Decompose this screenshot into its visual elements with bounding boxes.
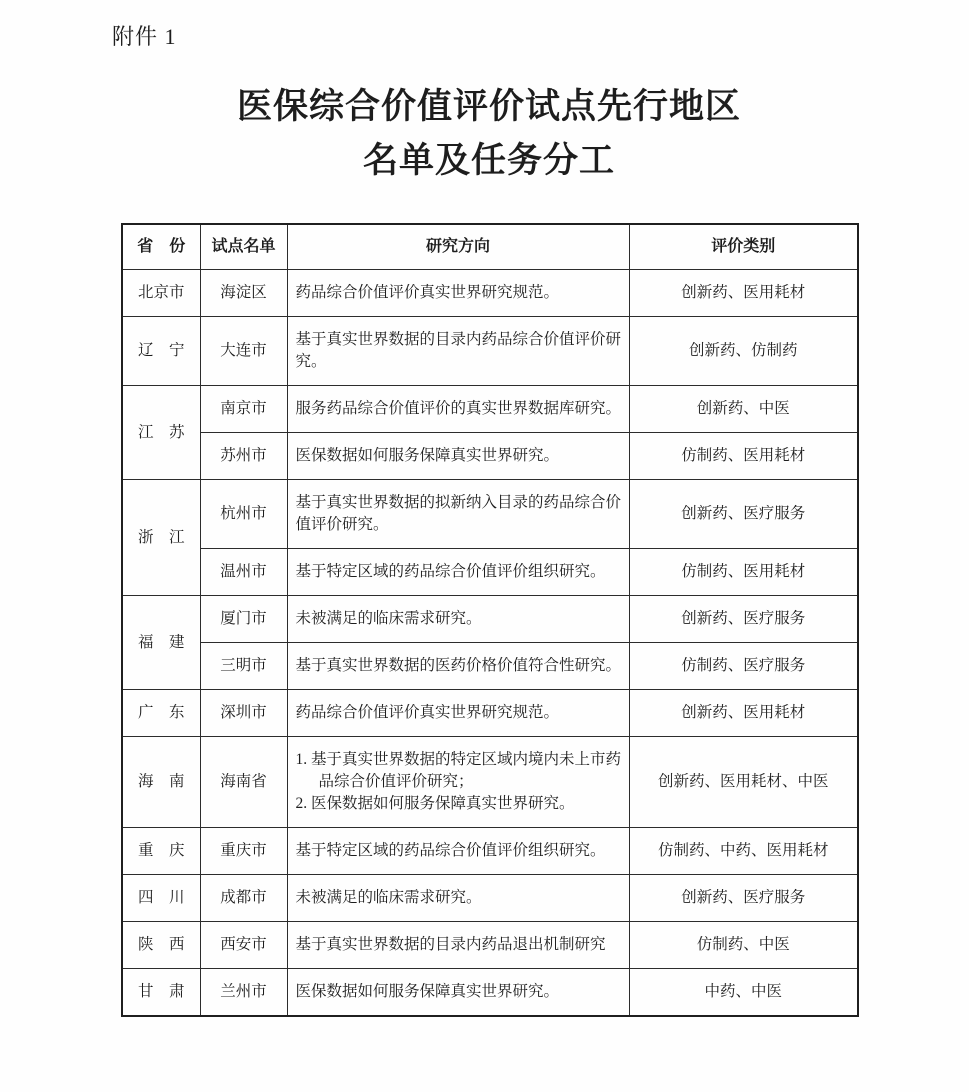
province-cell: 四 川 [122,875,200,922]
category-cell: 仿制药、医疗服务 [629,643,858,690]
table-row: 福 建厦门市未被满足的临床需求研究。创新药、医疗服务 [122,596,858,643]
category-cell: 创新药、医疗服务 [629,480,858,549]
research-cell: 基于真实世界数据的目录内药品综合价值评价研究。 [287,317,629,386]
category-cell: 创新药、医用耗材 [629,690,858,737]
province-cell: 江 苏 [122,386,200,480]
table-row: 辽 宁大连市基于真实世界数据的目录内药品综合价值评价研究。创新药、仿制药 [122,317,858,386]
pilot-cell: 杭州市 [200,480,287,549]
province-cell: 辽 宁 [122,317,200,386]
province-cell: 北京市 [122,270,200,317]
table-body: 北京市海淀区药品综合价值评价真实世界研究规范。创新药、医用耗材辽 宁大连市基于真… [122,270,858,1017]
pilot-cell: 兰州市 [200,969,287,1017]
research-line: 基于特定区域的药品综合价值评价组织研究。 [296,561,623,583]
research-line: 1. 基于真实世界数据的特定区域内境内未上市药品综合价值评价研究； [296,749,623,793]
category-cell: 创新药、医用耗材、中医 [629,737,858,828]
category-cell: 创新药、医用耗材 [629,270,858,317]
province-cell: 海 南 [122,737,200,828]
research-cell: 基于特定区域的药品综合价值评价组织研究。 [287,549,629,596]
column-header-3: 评价类别 [629,224,858,270]
research-cell: 未被满足的临床需求研究。 [287,875,629,922]
table-row: 苏州市医保数据如何服务保障真实世界研究。仿制药、医用耗材 [122,433,858,480]
pilot-cell: 海淀区 [200,270,287,317]
research-cell: 基于真实世界数据的目录内药品退出机制研究 [287,922,629,969]
table-row: 广 东深圳市药品综合价值评价真实世界研究规范。创新药、医用耗材 [122,690,858,737]
document-content: 医保综合价值评价试点先行地区 名单及任务分工 省 份试点名单研究方向评价类别 北… [121,80,857,1017]
table-header: 省 份试点名单研究方向评价类别 [122,224,858,270]
research-line: 药品综合价值评价真实世界研究规范。 [296,702,623,724]
table-row: 海 南海南省1. 基于真实世界数据的特定区域内境内未上市药品综合价值评价研究；2… [122,737,858,828]
category-cell: 仿制药、中医 [629,922,858,969]
research-line: 基于特定区域的药品综合价值评价组织研究。 [296,840,623,862]
category-cell: 创新药、仿制药 [629,317,858,386]
pilot-cell: 西安市 [200,922,287,969]
title-line-1: 医保综合价值评价试点先行地区 [121,80,857,134]
research-line: 服务药品综合价值评价的真实世界数据库研究。 [296,398,623,420]
category-cell: 仿制药、医用耗材 [629,433,858,480]
pilot-cell: 苏州市 [200,433,287,480]
pilot-cell: 成都市 [200,875,287,922]
research-line: 未被满足的临床需求研究。 [296,608,623,630]
table-header-row: 省 份试点名单研究方向评价类别 [122,224,858,270]
research-cell: 药品综合价值评价真实世界研究规范。 [287,690,629,737]
province-cell: 甘 肃 [122,969,200,1017]
document-page: 附件 1 医保综合价值评价试点先行地区 名单及任务分工 省 份试点名单研究方向评… [0,0,969,1092]
research-cell: 1. 基于真实世界数据的特定区域内境内未上市药品综合价值评价研究；2. 医保数据… [287,737,629,828]
category-cell: 中药、中医 [629,969,858,1017]
category-cell: 创新药、中医 [629,386,858,433]
category-cell: 创新药、医疗服务 [629,875,858,922]
research-line: 基于真实世界数据的目录内药品综合价值评价研究。 [296,329,623,373]
table-row: 浙 江杭州市基于真实世界数据的拟新纳入目录的药品综合价值评价研究。创新药、医疗服… [122,480,858,549]
province-cell: 浙 江 [122,480,200,596]
province-cell: 广 东 [122,690,200,737]
document-title: 医保综合价值评价试点先行地区 名单及任务分工 [121,80,857,188]
table-row: 温州市基于特定区域的药品综合价值评价组织研究。仿制药、医用耗材 [122,549,858,596]
research-line: 基于真实世界数据的目录内药品退出机制研究 [296,934,623,956]
research-cell: 医保数据如何服务保障真实世界研究。 [287,433,629,480]
table-row: 三明市基于真实世界数据的医药价格价值符合性研究。仿制药、医疗服务 [122,643,858,690]
research-line: 2. 医保数据如何服务保障真实世界研究。 [296,793,623,815]
pilot-regions-table: 省 份试点名单研究方向评价类别 北京市海淀区药品综合价值评价真实世界研究规范。创… [121,223,859,1017]
pilot-cell: 三明市 [200,643,287,690]
research-cell: 未被满足的临床需求研究。 [287,596,629,643]
province-cell: 福 建 [122,596,200,690]
category-cell: 仿制药、中药、医用耗材 [629,828,858,875]
research-cell: 基于真实世界数据的医药价格价值符合性研究。 [287,643,629,690]
research-cell: 医保数据如何服务保障真实世界研究。 [287,969,629,1017]
research-cell: 服务药品综合价值评价的真实世界数据库研究。 [287,386,629,433]
research-line: 药品综合价值评价真实世界研究规范。 [296,282,623,304]
research-line: 医保数据如何服务保障真实世界研究。 [296,445,623,467]
title-line-2: 名单及任务分工 [121,134,857,188]
research-line: 基于真实世界数据的医药价格价值符合性研究。 [296,655,623,677]
attachment-label: 附件 1 [112,20,177,51]
province-cell: 重 庆 [122,828,200,875]
pilot-cell: 厦门市 [200,596,287,643]
research-line: 未被满足的临床需求研究。 [296,887,623,909]
pilot-cell: 海南省 [200,737,287,828]
table-row: 甘 肃兰州市医保数据如何服务保障真实世界研究。中药、中医 [122,969,858,1017]
table-row: 四 川成都市未被满足的临床需求研究。创新药、医疗服务 [122,875,858,922]
research-cell: 基于真实世界数据的拟新纳入目录的药品综合价值评价研究。 [287,480,629,549]
table-row: 北京市海淀区药品综合价值评价真实世界研究规范。创新药、医用耗材 [122,270,858,317]
category-cell: 创新药、医疗服务 [629,596,858,643]
research-line: 医保数据如何服务保障真实世界研究。 [296,981,623,1003]
pilot-cell: 温州市 [200,549,287,596]
pilot-cell: 大连市 [200,317,287,386]
pilot-cell: 深圳市 [200,690,287,737]
pilot-cell: 南京市 [200,386,287,433]
table-row: 重 庆重庆市基于特定区域的药品综合价值评价组织研究。仿制药、中药、医用耗材 [122,828,858,875]
table-row: 陕 西西安市基于真实世界数据的目录内药品退出机制研究仿制药、中医 [122,922,858,969]
column-header-2: 研究方向 [287,224,629,270]
table-row: 江 苏南京市服务药品综合价值评价的真实世界数据库研究。创新药、中医 [122,386,858,433]
column-header-0: 省 份 [122,224,200,270]
column-header-1: 试点名单 [200,224,287,270]
research-line: 基于真实世界数据的拟新纳入目录的药品综合价值评价研究。 [296,492,623,536]
research-cell: 基于特定区域的药品综合价值评价组织研究。 [287,828,629,875]
research-cell: 药品综合价值评价真实世界研究规范。 [287,270,629,317]
category-cell: 仿制药、医用耗材 [629,549,858,596]
pilot-cell: 重庆市 [200,828,287,875]
province-cell: 陕 西 [122,922,200,969]
